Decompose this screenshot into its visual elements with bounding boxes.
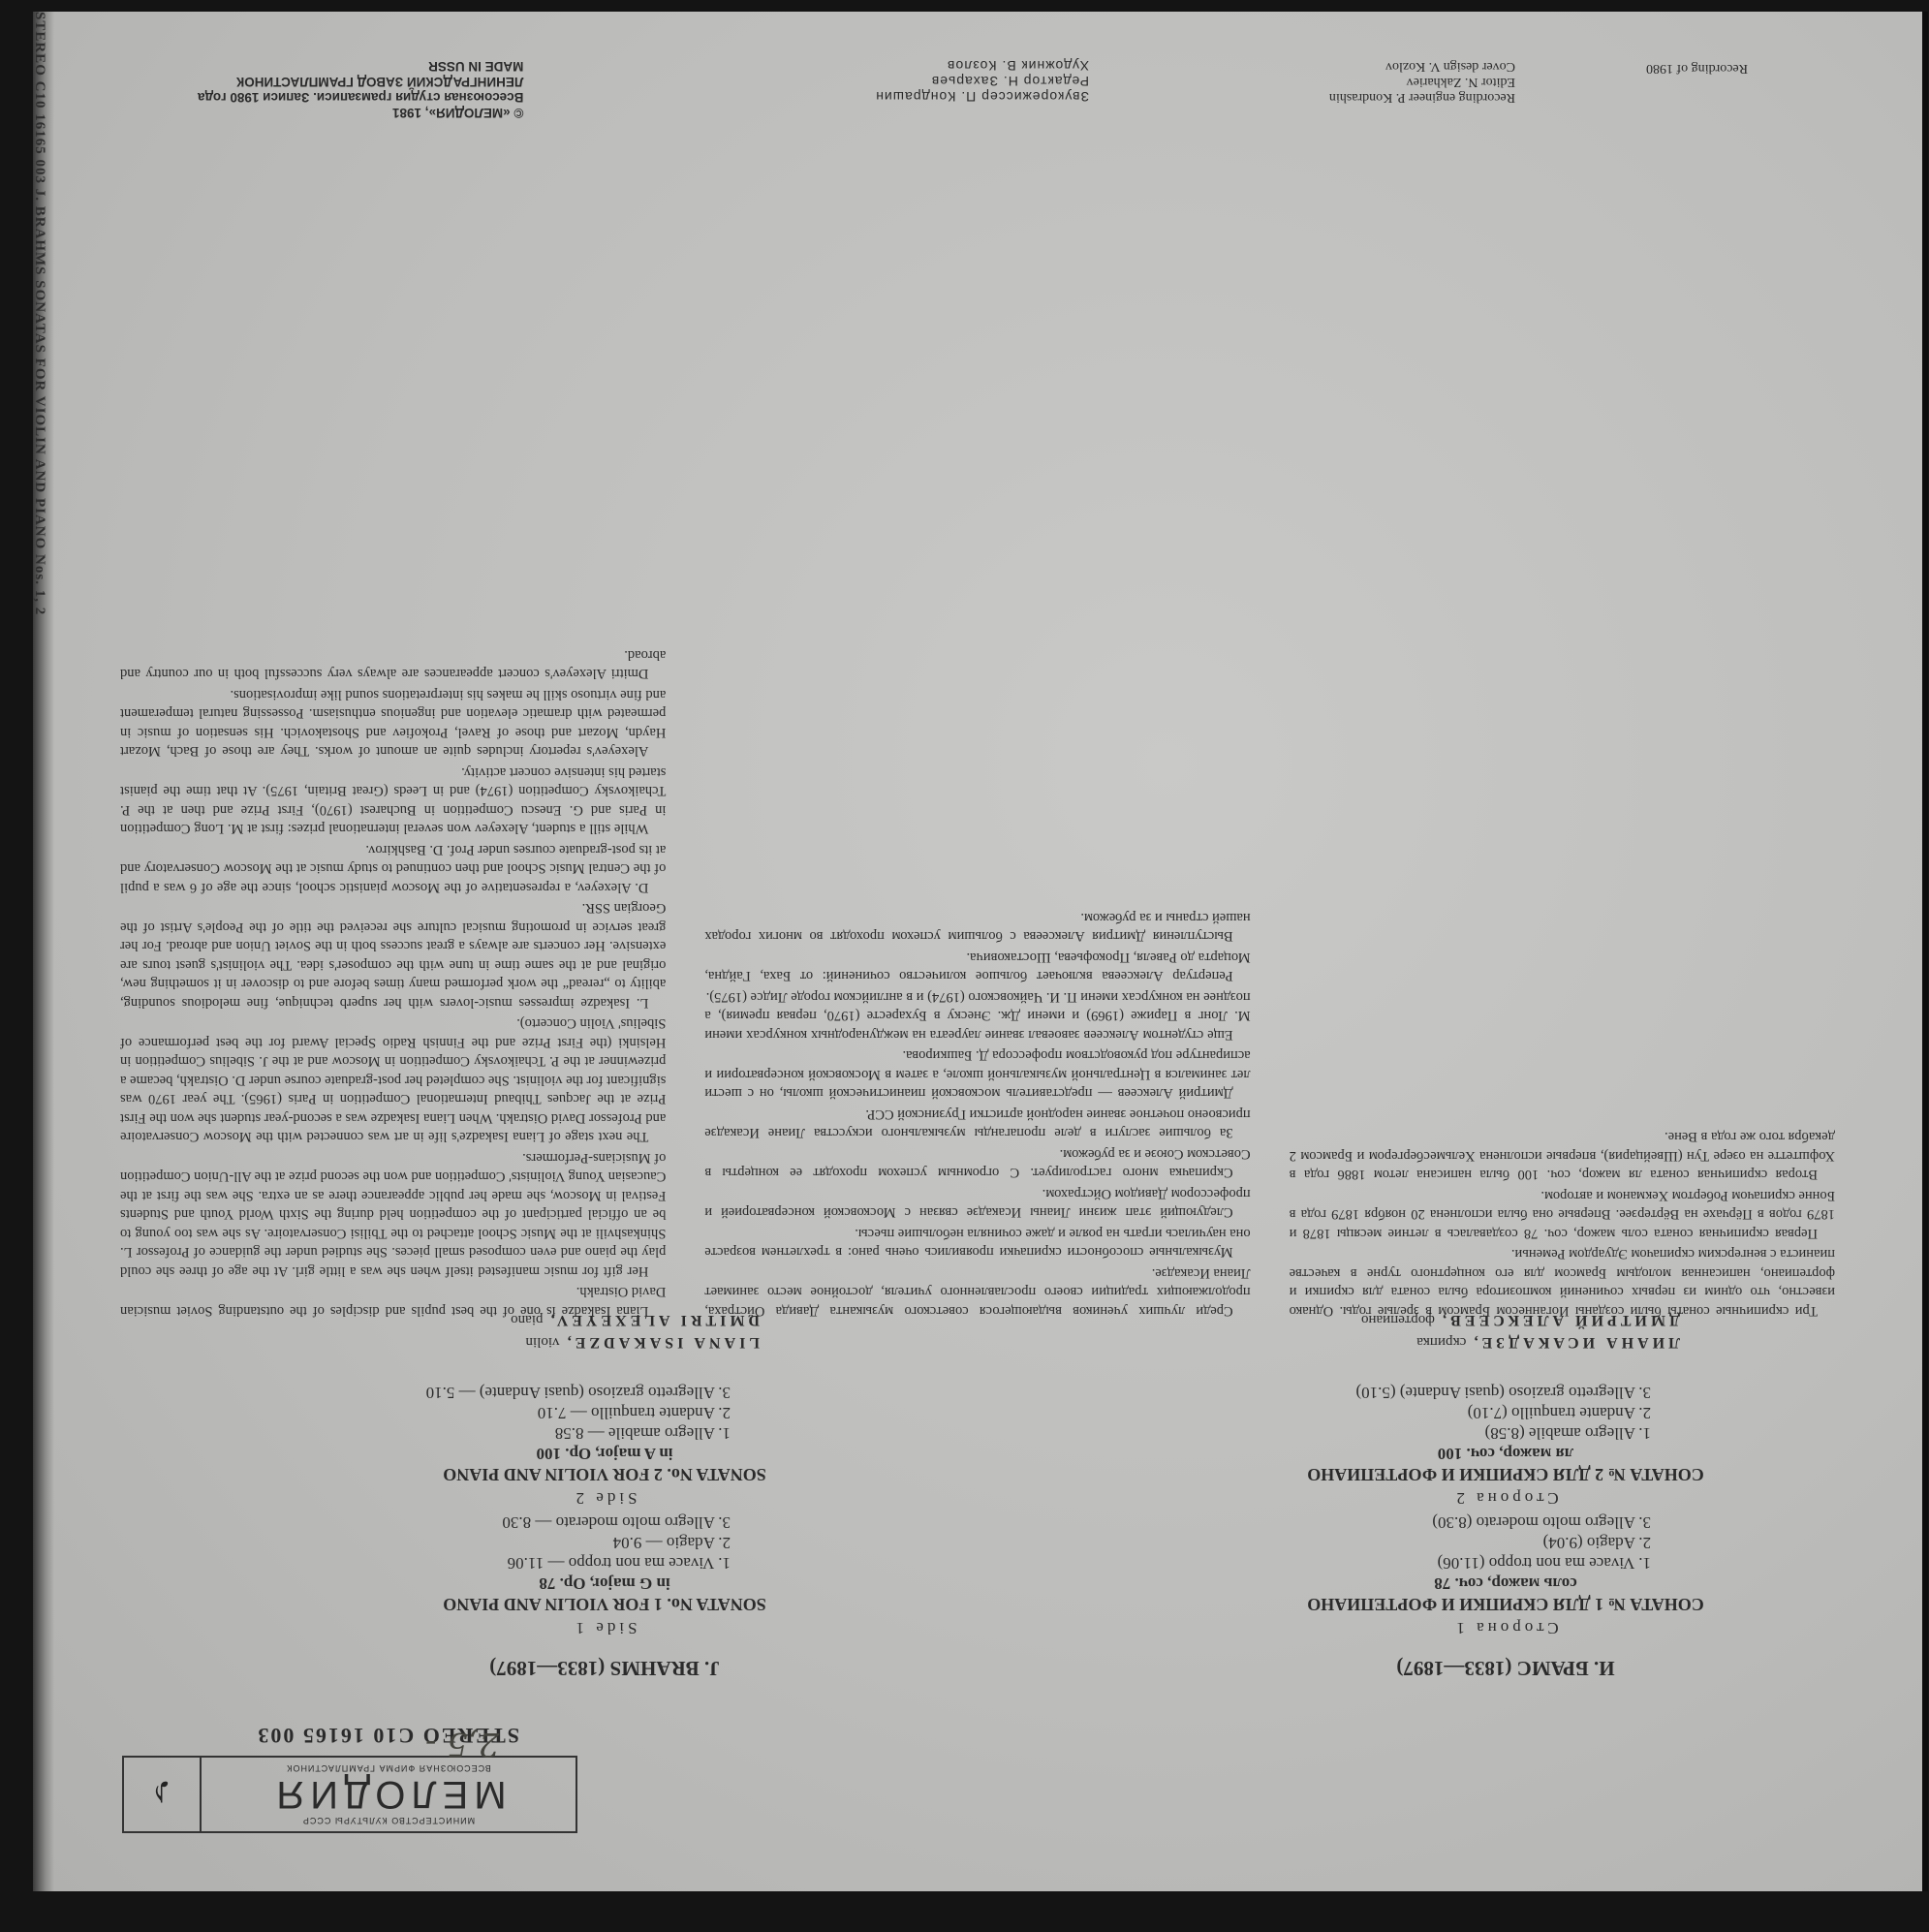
movement: 3. Allegretto grazioso (quasi Andante) (… — [1205, 1383, 1806, 1403]
paragraph: Три скрипичные сонаты были созданы Иоган… — [1290, 1244, 1835, 1320]
movement: 3. Allegretto grazioso (quasi Andante) —… — [324, 1383, 886, 1403]
credits-english: Recording engineer P. Kondrashin Editor … — [1329, 58, 1515, 105]
copyright: © «МЕЛОДИЯ», 1981 — [198, 105, 523, 120]
movement: 1. Vivace ma non troppo — 11.06 — [324, 1553, 886, 1574]
logo-ministry-text: МИНИСТЕРСТВО КУЛЬТУРЫ СССР — [302, 1816, 475, 1825]
sonata-key: соль мажор, соч. 78 — [1205, 1574, 1806, 1594]
melodiya-logo: МИНИСТЕРСТВО КУЛЬТУРЫ СССР МЕЛОДИЯ ВСЕСО… — [122, 1756, 577, 1833]
paragraph: Дмитрий Алексеев — представитель московс… — [704, 1045, 1250, 1103]
label-block: МИНИСТЕРСТВО КУЛЬТУРЫ СССР МЕЛОДИЯ ВСЕСО… — [122, 1723, 577, 1833]
studio: Всесоюзная студия грамзаписи. Записи 198… — [198, 89, 523, 105]
credit-line: Художник В. Козлов — [875, 58, 1089, 74]
made-in: MADE IN USSR — [198, 58, 523, 74]
movement: 2. Adagio — 9.04 — [324, 1533, 886, 1553]
upside-down-print: STEREO C10 16165 003 J. BRAHMS SONATAS F… — [33, 12, 1922, 1891]
credits-russian: Звукорежиссер П. Кондрашин Редактор Н. З… — [875, 58, 1089, 105]
paragraph: The next stage of Liana Isakadze's life … — [120, 1013, 666, 1146]
side-label: Side 1 — [324, 1618, 886, 1638]
movement: 2. Andante tranquillo — 7.10 — [324, 1403, 886, 1423]
performer-name: LIANA ISAKADZE, — [564, 1334, 760, 1351]
logo-brand-text: МЕЛОДИЯ — [270, 1773, 506, 1816]
sonata-title: SONATA No. 2 FOR VIOLIN AND PIANO — [324, 1464, 886, 1484]
paragraph: Первая скрипичная соната соль мажор, соч… — [1290, 1186, 1835, 1243]
sonata-title: СОНАТА № 2 ДЛЯ СКРИПКИ И ФОРТЕПИАНО — [1205, 1464, 1806, 1484]
sonata-key: ля мажор, соч. 100 — [1205, 1444, 1806, 1464]
paragraph: Dmitri Alexeyev's concert appearances ar… — [120, 645, 666, 683]
credit-line: Recording engineer P. Kondrashin — [1329, 89, 1515, 105]
movement: 1. Vivace ma non troppo (11.06) — [1205, 1553, 1806, 1574]
movement: 1. Allegro amabile (8.58) — [1205, 1423, 1806, 1444]
liner-notes: Три скрипичные сонаты были созданы Иоган… — [120, 643, 1835, 1321]
paragraph: За большие заслуги в деле пропаганды муз… — [704, 1105, 1250, 1142]
notes-column-russian-brahms: Три скрипичные сонаты были созданы Иоган… — [1290, 643, 1835, 1321]
tracklist-english: J. BRAHMS (1833—1897) Side 1 SONATA No. … — [324, 1309, 886, 1678]
side-label: Side 2 — [324, 1488, 886, 1509]
credit-line: Editor N. Zakhariev — [1329, 74, 1515, 89]
movement: 2. Andante tranquillo (7.10) — [1205, 1403, 1806, 1423]
movement: 3. Allegro molto moderato (8.30) — [1205, 1512, 1806, 1533]
paragraph: Liana Isakadze is one of the best pupils… — [120, 1282, 666, 1320]
side-label: Сторона 2 — [1205, 1488, 1806, 1509]
movement: 1. Allegro amabile — 8.58 — [324, 1423, 886, 1444]
paragraph: Her gift for music manifested itself whe… — [120, 1148, 666, 1281]
paragraph: Следующий этап жизни Лианы Исакадзе связ… — [704, 1184, 1250, 1222]
paragraph: D. Alexeyev, a representative of the Mos… — [120, 840, 666, 897]
side-label: Сторона 1 — [1205, 1618, 1806, 1638]
notes-column-english-bios: Liana Isakadze is one of the best pupils… — [120, 643, 666, 1321]
sonata-key: in A major, Op. 100 — [324, 1444, 886, 1464]
plant: ЛЕНИНГРАДСКИЙ ЗАВОД ГРАМПЛАСТИНОК — [198, 74, 523, 89]
paragraph: Вторая скрипичная соната ля мажор, соч. … — [1290, 1127, 1835, 1184]
sonata-title: СОНАТА № 1 ДЛЯ СКРИПКИ И ФОРТЕПИАНО — [1205, 1594, 1806, 1614]
paragraph: Скрипачка много гастролирует. С огромным… — [704, 1144, 1250, 1182]
publisher-credits: © «МЕЛОДИЯ», 1981 Всесоюзная студия грам… — [198, 58, 523, 120]
recording-year: Recording of 1980 — [1646, 60, 1748, 76]
paragraph: Музыкальные способности скрипачки прояви… — [704, 1224, 1250, 1262]
paragraph: Среди лучших учеников выдающегося советс… — [704, 1263, 1250, 1321]
performer-role: скрипка — [1416, 1334, 1466, 1350]
credit-line: Редактор Н. Захарьев — [875, 74, 1089, 89]
paragraph: Еще студентом Алексеев завоевал звание л… — [704, 987, 1250, 1044]
composer-english: J. BRAHMS (1833—1897) — [324, 1658, 886, 1678]
sonata-title: SONATA No. 1 FOR VIOLIN AND PIANO — [324, 1594, 886, 1614]
performer-role: violin — [525, 1334, 559, 1350]
tracklist-russian: И. БРАМС (1833—1897) Сторона 1 СОНАТА № … — [1205, 1309, 1806, 1678]
paragraph: While still a student, Alexeyev won seve… — [120, 763, 666, 838]
album-back-cover: STEREO C10 16165 003 J. BRAHMS SONATAS F… — [33, 12, 1928, 1891]
logo-firm-text: ВСЕСОЮЗНАЯ ФИРМА ГРАМПЛАСТИНОК — [286, 1763, 491, 1773]
paragraph: Выступления Дмитрия Алексеева с большим … — [704, 908, 1250, 946]
notes-column-russian-bios: Среди лучших учеников выдающегося советс… — [704, 643, 1250, 1321]
paragraph: Репертуар Алексеева включает большое кол… — [704, 948, 1250, 985]
performer-name: ЛИАНА ИСАКАДЗЕ, — [1471, 1334, 1680, 1351]
movement: 3. Allegro molto moderato — 8.30 — [324, 1512, 886, 1533]
paragraph: Alexeyev's repertory includes quite an a… — [120, 685, 666, 761]
paragraph: L. Isakadze impresses music-lovers with … — [120, 898, 666, 1012]
melodiya-note-logo-icon: ♪ — [124, 1758, 202, 1831]
movement: 2. Adagio (9.04) — [1205, 1533, 1806, 1553]
sonata-key: in G major, Op. 78 — [324, 1574, 886, 1594]
credit-line: Звукорежиссер П. Кондрашин — [875, 89, 1089, 105]
handwritten-price: 2,5 - — [425, 1725, 499, 1763]
composer-russian: И. БРАМС (1833—1897) — [1205, 1658, 1806, 1678]
spine-text: STEREO C10 16165 003 J. BRAHMS SONATAS F… — [31, 0, 47, 1891]
credit-line: Cover design V. Kozlov — [1329, 58, 1515, 74]
